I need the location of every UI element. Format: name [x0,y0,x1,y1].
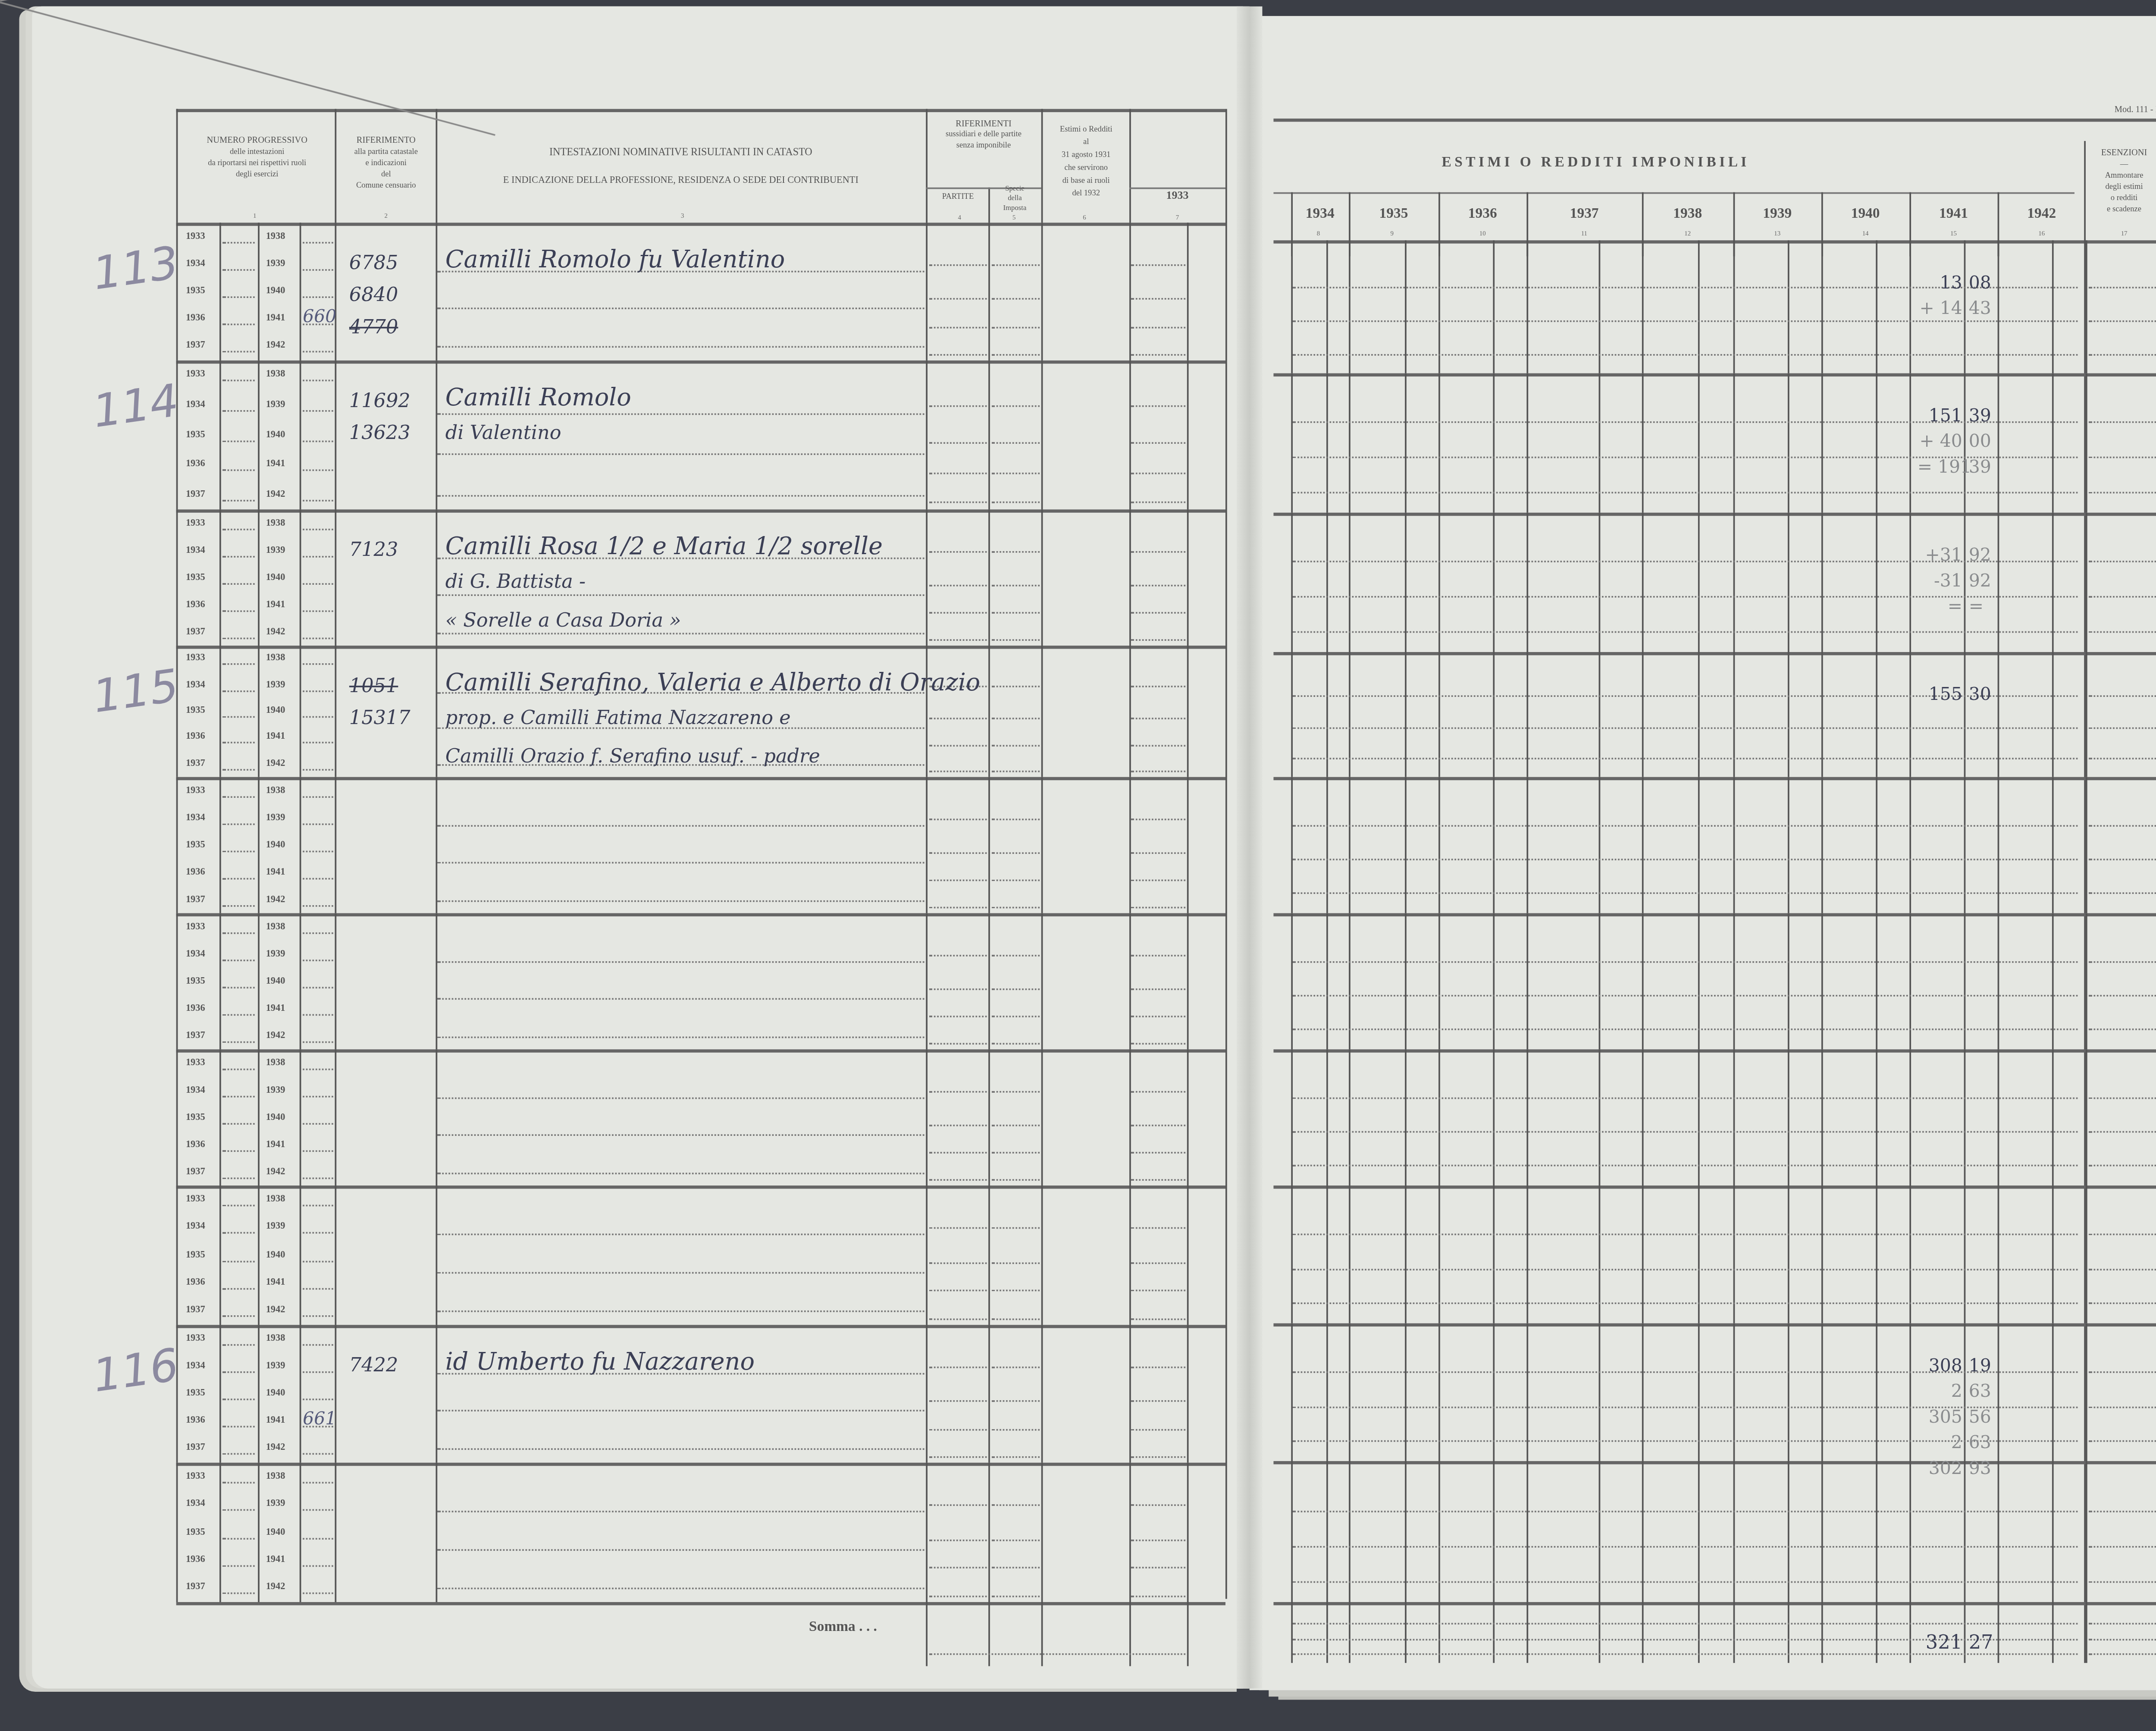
partite-line [929,298,987,300]
cell-rule [258,913,260,1050]
intestazione-name: Camilli Rosa 1/2 e Maria 1/2 sorelle [445,532,883,561]
year-blank [222,410,254,412]
intestazione-name: Camilli Romolo [445,383,631,412]
year-blank [303,716,333,718]
year-label-left: 1934 [186,259,205,269]
partite-line [929,1366,987,1368]
partite-line [929,1428,987,1430]
value-1941-integer: 13 [1918,273,1962,293]
column-number: 2 [385,211,388,220]
year-blank [222,1232,254,1234]
cell-rule [1187,777,1189,913]
row-separator [176,1049,1225,1052]
cell-rule [219,646,221,777]
row-separator [176,646,1225,649]
year-label-right: 1941 [266,1003,285,1013]
name-line [437,1134,924,1135]
partita-reference: 7123 [349,538,398,561]
year-blank [222,440,254,442]
year-blank [222,1122,254,1124]
row-separator [176,361,1225,364]
value-1941-integer: + 40 [1918,431,1962,452]
year-label-right: 1940 [266,706,285,716]
year-heading: 1939 [1733,205,1821,221]
year-blank [303,440,333,442]
esenzioni-line [2089,1654,2156,1656]
esenzioni-line [2089,1510,2156,1512]
book-gutter [1237,6,1262,1689]
year-blank [222,296,254,298]
esenzioni-rule [2086,1323,2087,1461]
specie-line [992,906,1040,908]
cell-rule [988,361,990,509]
col7-line [1131,1043,1185,1044]
cell-rule [300,361,301,509]
esenzioni-line [2089,859,2156,860]
esenzioni-line [2089,631,2156,633]
col7-line [1131,405,1185,407]
year-label-left: 1937 [186,1031,205,1041]
year-label-left: 1935 [186,706,205,716]
year-label-right: 1938 [266,232,285,241]
column-number: 12 [1684,229,1691,237]
cell-rule [436,1185,437,1325]
year-blank [222,1593,254,1595]
year-blank [303,1509,333,1511]
value-line [1293,1623,2078,1625]
name-line [437,1234,924,1236]
year-blank [222,768,254,770]
year-blank [222,664,254,665]
specie-line [992,1428,1040,1430]
specie-line [992,1015,1040,1017]
year-blank [303,241,333,243]
col7-line [1131,1015,1185,1017]
esenzioni-line [2089,422,2156,424]
cell-rule [926,361,928,509]
esenzioni-line [2089,758,2156,760]
cell-rule [1187,361,1189,509]
year-blank [222,1260,254,1262]
esenzioni-rule [2086,373,2087,513]
value-1941-integer: = 191 [1918,457,1962,477]
value-line [1293,758,2078,760]
year-blank [222,742,254,744]
specie-line [992,1456,1040,1458]
partite-line [929,879,987,881]
esenzioni-rule [2086,1461,2087,1602]
value-1941-integer: -31 [1918,571,1962,591]
year-blank [303,380,333,382]
year-heading: 1938 [1642,205,1733,221]
partite-line [929,550,987,552]
year-label-right: 1941 [266,1555,285,1565]
cell-rule [1129,361,1131,509]
esenzioni-line [2089,995,2156,997]
cell-rule [926,913,928,1050]
cell-rule [1187,1325,1189,1462]
intestazione-name: « Sorelle a Casa Doria » [445,609,681,631]
year-blank [303,959,333,960]
specie-line [992,718,1040,720]
cell-rule [219,223,221,360]
name-line [437,1511,924,1513]
year-label-right: 1942 [266,1306,285,1316]
year-blank [222,582,254,584]
year-blank [303,1232,333,1234]
year-label-left: 1937 [186,895,205,904]
year-blank [222,986,254,988]
header-column-rule [1129,109,1131,223]
name-line [437,308,924,310]
cell-rule [436,1049,437,1185]
name-line [437,594,924,596]
year-label-right: 1942 [266,490,285,499]
col7-line [1131,326,1185,328]
partite-line [929,1090,987,1092]
year-blank [303,768,333,770]
cell-rule [1187,1185,1189,1325]
year-label-left: 1937 [186,1167,205,1176]
year-blank [222,795,254,797]
intestazione-name: Camilli Orazio f. Serafino usuf. - padre [445,745,820,767]
esenzioni-line [2089,596,2156,598]
value-line [1293,1097,2078,1099]
value-line [1293,995,2078,997]
header-line: che servirono [1043,163,1129,176]
year-heading: 1934 [1291,205,1349,221]
esenzioni-line [2089,457,2156,458]
year-blank [303,1454,333,1455]
cell-rule [300,1325,301,1462]
year-blank [303,850,333,852]
header-line: Comune censuario [338,181,434,194]
cell-rule [176,1185,178,1325]
specie-line [992,1179,1040,1180]
cell-rule [300,777,301,913]
value-1941-integer: 2 [1918,1381,1962,1402]
year-label-left: 1937 [186,490,205,499]
header-line: senza imponibile [928,141,1040,154]
name-line [437,1097,924,1099]
esenzioni-line [2089,492,2156,493]
specie-line [992,354,1040,355]
col7-line [1131,685,1185,687]
col7-line [1131,584,1185,586]
esenzioni-line [2089,1303,2156,1305]
year-label-right: 1940 [266,573,285,582]
column-number: 4 [958,213,961,221]
year-label-left: 1935 [186,1251,205,1260]
value-1941-decimal: 63 [1969,1432,1991,1453]
year-label-left: 1935 [186,287,205,296]
year-label-left: 1936 [186,1003,205,1013]
year-blank [303,610,333,611]
esenzioni-line [2089,1406,2156,1408]
value-1941-decimal: 63 [1969,1381,1991,1402]
year-blank [303,582,333,584]
year-blank [222,931,254,933]
partite-line [929,1318,987,1320]
year-label-right: 1939 [266,546,285,555]
cell-rule [219,777,221,913]
header-partite: PARTITE [928,192,988,205]
value-line [1293,1029,2078,1031]
column-number: 15 [1950,229,1957,237]
partite-line [929,611,987,613]
name-line [437,495,924,496]
column-number: 11 [1581,229,1587,237]
esenzioni-line [2089,893,2156,894]
year-label-right: 1941 [266,733,285,742]
intestazione-name: id Umberto fu Nazzareno [445,1347,755,1376]
cell-rule [926,1325,928,1462]
year-label-right: 1940 [266,976,285,986]
sum-rule [988,1602,990,1666]
total-1941-decimal: 27 [1969,1631,1993,1653]
year-blank [303,931,333,933]
specie-line [992,611,1040,613]
note-660: 660 [303,305,336,326]
year-label-right: 1940 [266,1251,285,1260]
cell-rule [1041,361,1043,509]
year-blank [222,904,254,906]
year-blank [222,690,254,692]
year-label-left: 1933 [186,1195,205,1204]
header-line: al [1043,138,1129,151]
esenzioni-line [2089,961,2156,963]
year-label-left: 1933 [186,1058,205,1068]
cell-rule [436,646,437,777]
year-blank [222,269,254,270]
row-separator [176,913,1225,916]
cell-rule [258,361,260,509]
year-blank [303,1537,333,1539]
total-1941-integer: 321 [1918,1631,1962,1653]
cell-rule [219,913,221,1050]
year-label-right: 1942 [266,627,285,637]
year-label-right: 1938 [266,1334,285,1343]
partite-line [929,502,987,504]
value-1941-decimal: 43 [1969,298,1991,319]
name-line [437,347,924,348]
year-label-left: 1936 [186,1140,205,1149]
year-label-right: 1939 [266,1085,285,1095]
year-label-right: 1939 [266,1223,285,1232]
col7-line [1131,1366,1185,1368]
specie-line [992,1262,1040,1264]
cell-rule [1129,509,1131,646]
year-label-right: 1940 [266,287,285,296]
cell-rule [300,509,301,646]
year-label-left: 1936 [186,460,205,470]
value-1941-decimal: 08 [1969,273,1991,293]
esenzioni-rule [2086,513,2087,652]
col7-line [1131,1290,1185,1292]
name-line [437,1549,924,1551]
partita-reference: 4770 [349,316,398,338]
estimi-title: ESTIMI O REDDITI IMPONIBILI [1442,154,1750,170]
partite-line [929,1124,987,1126]
year-blank [303,1204,333,1206]
column-number: 13 [1774,229,1780,237]
year-label-left: 1933 [186,232,205,241]
esenzioni-rule [2086,652,2087,777]
partite-line [929,1595,987,1597]
left-header-top-rule [176,109,1225,112]
esenzioni-line [2089,1131,2156,1133]
value-line [1293,1546,2078,1547]
form-code: Mod. 111 - Imposte Dirette (Intercalare)… [2115,106,2156,115]
year-label-left: 1937 [186,1444,205,1454]
cell-rule [219,509,221,646]
cell-rule [1129,1049,1131,1185]
year-blank [303,555,333,557]
header-numero-progressivo: NUMERO PROGRESSIVO [181,135,333,147]
specie-line [992,1567,1040,1569]
year-blank [222,877,254,879]
value-line [1293,492,2078,493]
name-line [437,453,924,455]
year-label-right: 1940 [266,1527,285,1537]
esenzioni-line: e scadenze [2086,205,2156,218]
cell-rule [988,1049,990,1185]
esenzioni-line [2089,1581,2156,1583]
cell-rule [1129,646,1131,777]
value-1941-integer: 302 [1918,1458,1962,1479]
year-label-right: 1938 [266,1058,285,1068]
col7-line [1131,954,1185,956]
year-blank [303,1565,333,1567]
year-label-left: 1935 [186,1389,205,1399]
esenzioni-title: ESENZIONI [2086,147,2156,160]
value-1941-decimal: 39 [1969,405,1991,426]
specie-line [992,1366,1040,1368]
specie-line [992,298,1040,300]
year-blank [222,823,254,825]
esenzioni-rule [2086,1185,2087,1323]
name-line [437,862,924,863]
cell-rule [988,223,990,360]
year-label-left: 1937 [186,627,205,637]
cell-rule [988,1185,990,1325]
value-line [1293,1165,2078,1167]
cell-rule [335,1185,336,1325]
row-separator [176,509,1225,512]
name-line [437,1272,924,1273]
value-line [1293,1234,2078,1236]
value-1941-integer: + 14 [1918,298,1962,319]
cell-rule [1041,646,1043,777]
header-line: 31 agosto 1931 [1043,151,1129,163]
esenzioni-rule [2086,1049,2087,1185]
partite-line [929,1015,987,1017]
ledger-spread: Mod. 111 - Imposte Dirette (Intercalare)… [0,0,2156,1731]
value-line [1293,1303,2078,1305]
partita-reference: 15317 [349,706,411,729]
year-label-left: 1936 [186,1555,205,1565]
left-page-edge-rule [1225,109,1227,1599]
col7-line [1131,879,1185,881]
col7-line [1131,1090,1185,1092]
year-label-right: 1942 [266,895,285,904]
cell-rule [436,777,437,913]
value-line [1293,727,2078,729]
value-1941-decimal: 39 [1969,457,1991,477]
specie-line [992,1090,1040,1092]
cell-rule [1129,1185,1131,1325]
esenzioni-rule [2086,240,2087,373]
col7-line [1131,1318,1185,1320]
year-blank [222,1041,254,1042]
cell-rule [436,509,437,646]
col7-line [1131,852,1185,853]
year-label-left: 1933 [186,370,205,380]
cell-rule [926,509,928,646]
esenzioni-line [2089,1268,2156,1270]
year-label-left: 1934 [186,1085,205,1095]
years-header-rule [1273,192,2074,194]
year-label-right: 1941 [266,1140,285,1149]
cell-rule [1187,1463,1189,1602]
year-label-left: 1936 [186,1278,205,1288]
year-label-right: 1942 [266,759,285,768]
year-label-right: 1940 [266,1389,285,1399]
year-blank [303,296,333,298]
year-label-right: 1941 [266,314,285,324]
cell-rule [300,913,301,1050]
year-label-left: 1935 [186,430,205,439]
year-blank [222,1013,254,1015]
cell-rule [436,361,437,509]
row-separator [176,777,1225,780]
column-number: 9 [1391,229,1394,237]
value-line [1293,1131,2078,1133]
year-label-left: 1933 [186,786,205,795]
specie-line [992,1595,1040,1597]
partite-line [929,818,987,820]
esenzioni-line [2089,696,2156,697]
partite-line [929,1151,987,1153]
col7-line [1131,1428,1185,1430]
year-blank [303,1593,333,1595]
year-blank [303,1288,333,1289]
column-number: 3 [681,211,684,220]
col7-line [1131,1124,1185,1126]
year-label-right: 1941 [266,600,285,609]
esenzioni-line [2089,1546,2156,1547]
year-label-left: 1935 [186,840,205,850]
year-label-left: 1936 [186,600,205,609]
col7-line [1131,639,1185,640]
year-blank [222,1204,254,1206]
year-blank [303,1095,333,1097]
cell-rule [1041,913,1043,1050]
cell-rule [335,1049,336,1185]
specie-line [992,1290,1040,1292]
cell-rule [258,1463,260,1602]
esenzioni-line [2089,287,2156,288]
specie-line [992,472,1040,474]
cell-rule [1187,223,1189,360]
partite-line [929,1043,987,1044]
cell-rule [1041,777,1043,913]
partite-line [929,472,987,474]
col7-line [1131,1505,1185,1506]
header-column-rule [176,109,178,223]
intestazione-name: prop. e Camilli Fatima Nazzareno e [445,706,791,729]
cell-rule [1041,509,1043,646]
